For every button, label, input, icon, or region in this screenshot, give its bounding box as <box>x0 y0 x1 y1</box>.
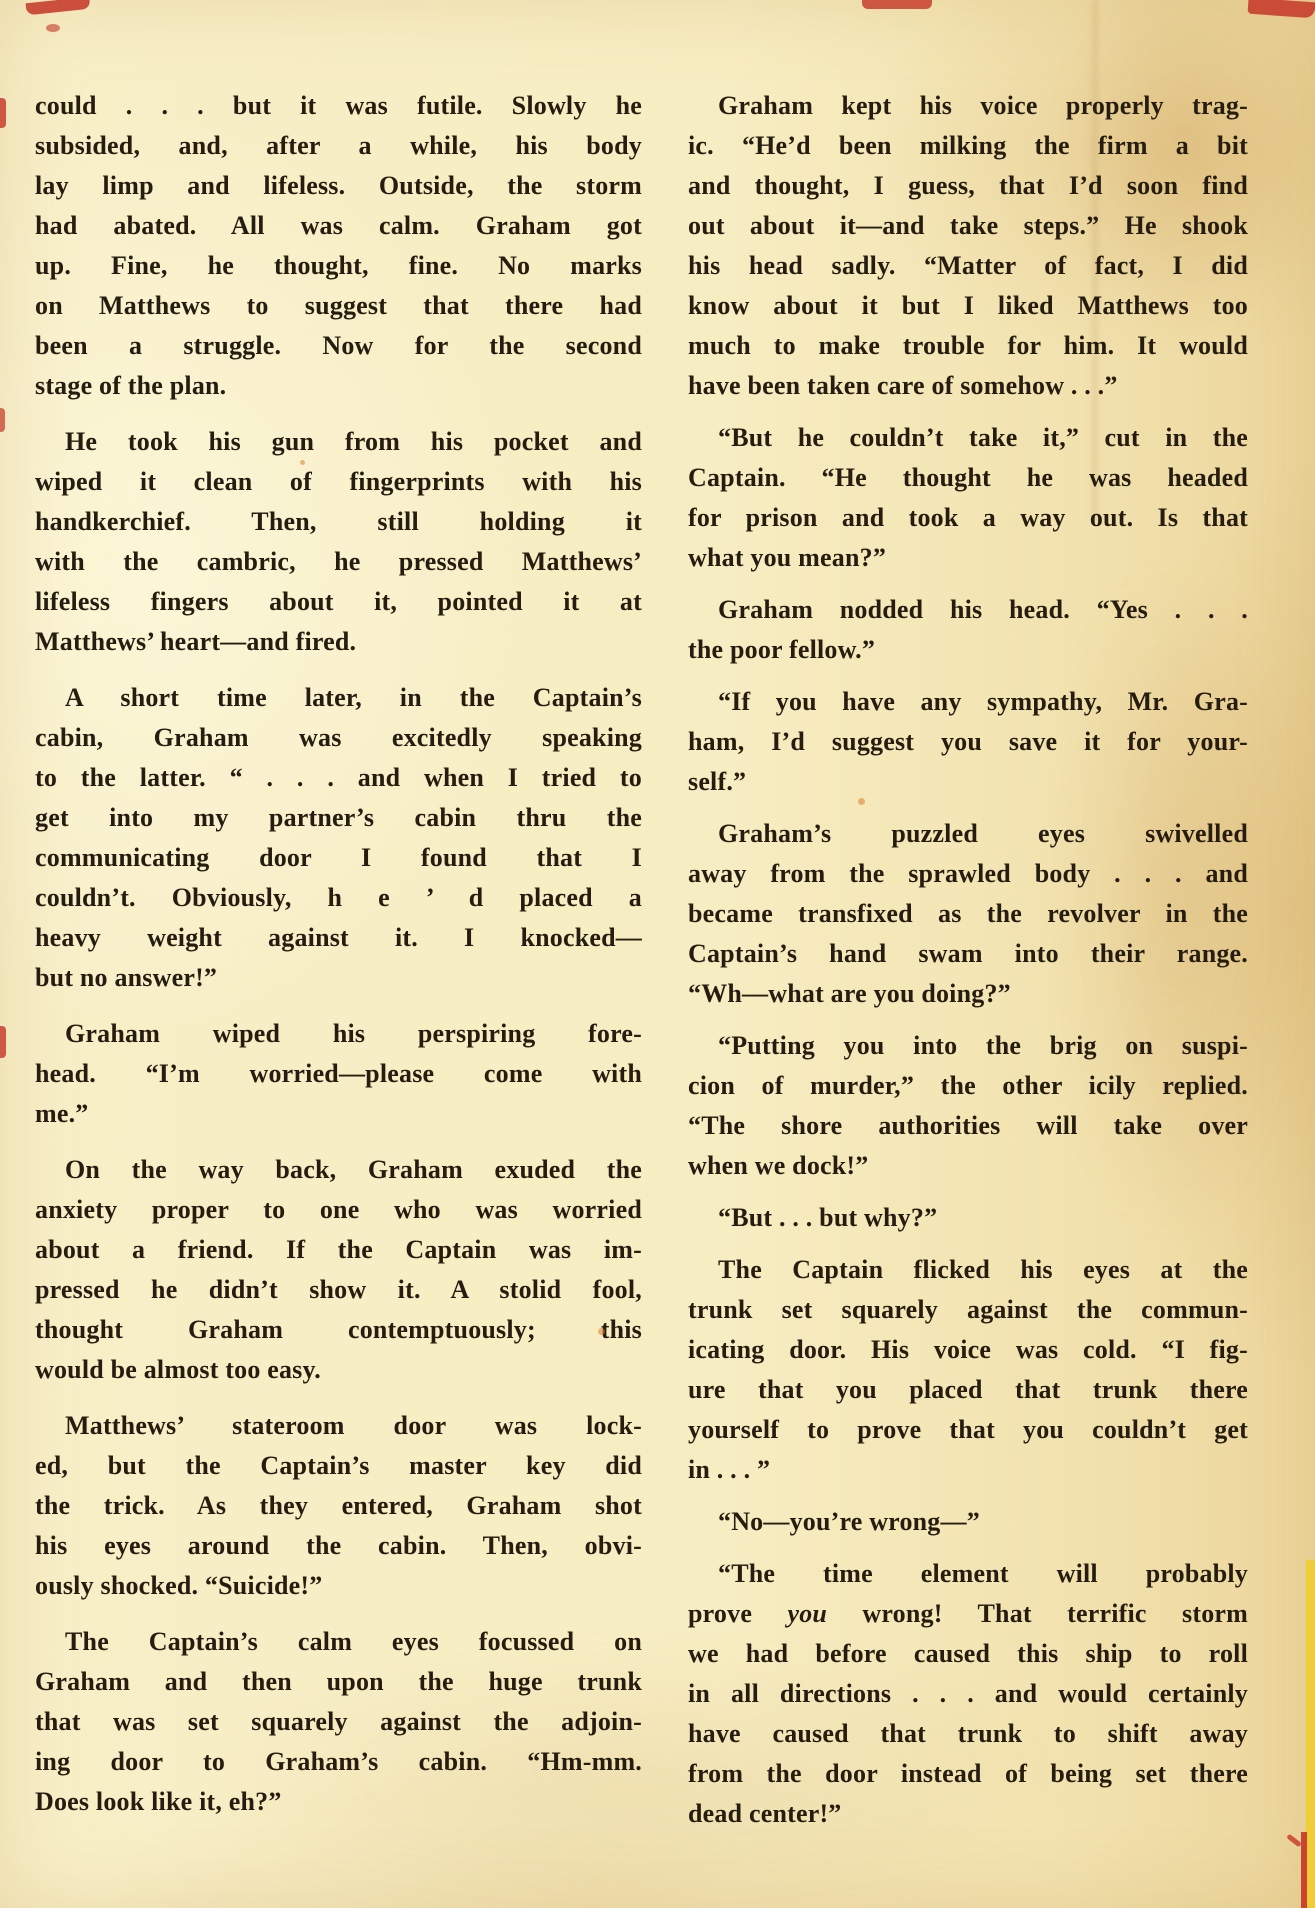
text-line: in all directions . . . and would certai… <box>688 1674 1248 1714</box>
paragraph: A short time later, in the Captain’scabi… <box>35 678 642 998</box>
text-line: self.” <box>688 762 1248 802</box>
text-line: became transfixed as the revolver in the <box>688 894 1248 934</box>
text-line: ously shocked. “Suicide!” <box>35 1566 642 1606</box>
text-line: and thought, I guess, that I’d soon find <box>688 166 1248 206</box>
text-line: out about it—and take steps.” He shook <box>688 206 1248 246</box>
text-line: been a struggle. Now for the second <box>35 326 642 366</box>
text-line: about a friend. If the Captain was im- <box>35 1230 642 1270</box>
red-ink-mark <box>26 0 91 15</box>
paragraph: “Putting you into the brig on suspi-cion… <box>688 1026 1248 1186</box>
text-line: to the latter. “ . . . and when I tried … <box>35 758 642 798</box>
paragraph: “But . . . but why?” <box>688 1198 1248 1238</box>
text-line: Graham nodded his head. “Yes . . . <box>688 590 1248 630</box>
text-line: the trick. As they entered, Graham shot <box>35 1486 642 1526</box>
text-line: prove you wrong! That terrific storm <box>688 1594 1248 1634</box>
text-line: have caused that trunk to shift away <box>688 1714 1248 1754</box>
text-line: anxiety proper to one who was worried <box>35 1190 642 1230</box>
text-line: had abated. All was calm. Graham got <box>35 206 642 246</box>
text-line: handkerchief. Then, still holding it <box>35 502 642 542</box>
red-ink-mark <box>862 0 932 9</box>
text-line: Graham wiped his perspiring fore- <box>35 1014 642 1054</box>
text-line: have been taken care of somehow . . .” <box>688 366 1248 406</box>
text-line: get into my partner’s cabin thru the <box>35 798 642 838</box>
text-line: ure that you placed that trunk there <box>688 1370 1248 1410</box>
text-line: but no answer!” <box>35 958 642 998</box>
yellow-edge-strip <box>1306 1560 1315 1908</box>
paragraph: Graham’s puzzled eyes swivelledaway from… <box>688 814 1248 1014</box>
paragraph: The Captain’s calm eyes focussed onGraha… <box>35 1622 642 1822</box>
text-line: on Matthews to suggest that there had <box>35 286 642 326</box>
paragraph: “But he couldn’t take it,” cut in theCap… <box>688 418 1248 578</box>
paragraph: Matthews’ stateroom door was lock-ed, bu… <box>35 1406 642 1606</box>
paragraph: “No—you’re wrong—” <box>688 1502 1248 1542</box>
text-line: Graham’s puzzled eyes swivelled <box>688 814 1248 854</box>
text-line: that was set squarely against the adjoin… <box>35 1702 642 1742</box>
paragraph: On the way back, Graham exuded theanxiet… <box>35 1150 642 1390</box>
text-line: me.” <box>35 1094 642 1134</box>
text-line: his eyes around the cabin. Then, obvi- <box>35 1526 642 1566</box>
red-ink-mark <box>46 24 60 32</box>
text-line: Does look like it, eh?” <box>35 1782 642 1822</box>
text-line: The Captain’s calm eyes focussed on <box>35 1622 642 1662</box>
scanned-page: could . . . but it was futile. Slowly he… <box>0 0 1315 1908</box>
text-line: Matthews’ stateroom door was lock- <box>35 1406 642 1446</box>
text-line: would be almost too easy. <box>35 1350 642 1390</box>
text-line: ic. “He’d been milking the firm a bit <box>688 126 1248 166</box>
text-line: the poor fellow.” <box>688 630 1248 670</box>
text-line: On the way back, Graham exuded the <box>35 1150 642 1190</box>
paragraph: “The time element will probablyprove you… <box>688 1554 1248 1834</box>
red-ink-mark <box>0 1026 6 1058</box>
paragraph: The Captain flicked his eyes at thetrunk… <box>688 1250 1248 1490</box>
text-line: know about it but I liked Matthews too <box>688 286 1248 326</box>
text-line: lay limp and lifeless. Outside, the stor… <box>35 166 642 206</box>
text-line: for prison and took a way out. Is that <box>688 498 1248 538</box>
text-line: “If you have any sympathy, Mr. Gra- <box>688 682 1248 722</box>
red-ink-mark <box>0 98 6 128</box>
text-line: “Wh—what are you doing?” <box>688 974 1248 1014</box>
text-line: “No—you’re wrong—” <box>688 1502 1248 1542</box>
text-columns: could . . . but it was futile. Slowly he… <box>35 86 1248 1834</box>
text-line: icating door. His voice was cold. “I fig… <box>688 1330 1248 1370</box>
text-line: yourself to prove that you couldn’t get <box>688 1410 1248 1450</box>
paragraph: He took his gun from his pocket andwiped… <box>35 422 642 662</box>
paragraph: Graham nodded his head. “Yes . . .the po… <box>688 590 1248 670</box>
text-line: cabin, Graham was excitedly speaking <box>35 718 642 758</box>
text-line: ing door to Graham’s cabin. “Hm-mm. <box>35 1742 642 1782</box>
text-line: wiped it clean of fingerprints with his <box>35 462 642 502</box>
text-line: A short time later, in the Captain’s <box>35 678 642 718</box>
text-line: Graham kept his voice properly trag- <box>688 86 1248 126</box>
text-line: thought Graham contemptuously; this <box>35 1310 642 1350</box>
text-line: what you mean?” <box>688 538 1248 578</box>
red-ink-mark <box>0 408 5 432</box>
text-line: “But . . . but why?” <box>688 1198 1248 1238</box>
red-ink-mark <box>1248 0 1315 18</box>
text-line: ed, but the Captain’s master key did <box>35 1446 642 1486</box>
text-line: dead center!” <box>688 1794 1248 1834</box>
text-column-right: Graham kept his voice properly trag-ic. … <box>688 86 1248 1834</box>
paragraph: could . . . but it was futile. Slowly he… <box>35 86 642 406</box>
paragraph: Graham kept his voice properly trag-ic. … <box>688 86 1248 406</box>
text-line: stage of the plan. <box>35 366 642 406</box>
text-line: subsided, and, after a while, his body <box>35 126 642 166</box>
text-line: Captain’s hand swam into their range. <box>688 934 1248 974</box>
text-line: could . . . but it was futile. Slowly he <box>35 86 642 126</box>
text-line: Graham and then upon the huge trunk <box>35 1662 642 1702</box>
text-line: with the cambric, he pressed Matthews’ <box>35 542 642 582</box>
text-line: The Captain flicked his eyes at the <box>688 1250 1248 1290</box>
text-line: He took his gun from his pocket and <box>35 422 642 462</box>
text-line: we had before caused this ship to roll <box>688 1634 1248 1674</box>
text-line: his head sadly. “Matter of fact, I did <box>688 246 1248 286</box>
text-line: head. “I’m worried—please come with <box>35 1054 642 1094</box>
paragraph: “If you have any sympathy, Mr. Gra-ham, … <box>688 682 1248 802</box>
text-line: lifeless fingers about it, pointed it at <box>35 582 642 622</box>
text-line: away from the sprawled body . . . and <box>688 854 1248 894</box>
text-line: “The time element will probably <box>688 1554 1248 1594</box>
red-ink-mark <box>1286 1834 1302 1848</box>
text-line: much to make trouble for him. It would <box>688 326 1248 366</box>
text-line: heavy weight against it. I knocked— <box>35 918 642 958</box>
text-line: “But he couldn’t take it,” cut in the <box>688 418 1248 458</box>
text-line: up. Fine, he thought, fine. No marks <box>35 246 642 286</box>
text-line: when we dock!” <box>688 1146 1248 1186</box>
text-line: Matthews’ heart—and fired. <box>35 622 642 662</box>
text-line: “The shore authorities will take over <box>688 1106 1248 1146</box>
text-line: communicating door I found that I <box>35 838 642 878</box>
text-line: from the door instead of being set there <box>688 1754 1248 1794</box>
text-line: couldn’t. Obviously, h e ’ d placed a <box>35 878 642 918</box>
text-line: in . . . ” <box>688 1450 1248 1490</box>
paragraph: Graham wiped his perspiring fore-head. “… <box>35 1014 642 1134</box>
text-line: Captain. “He thought he was headed <box>688 458 1248 498</box>
text-line: pressed he didn’t show it. A stolid fool… <box>35 1270 642 1310</box>
red-edge-line <box>1301 1832 1307 1908</box>
text-line: ham, I’d suggest you save it for your- <box>688 722 1248 762</box>
text-line: cion of murder,” the other icily replied… <box>688 1066 1248 1106</box>
text-line: “Putting you into the brig on suspi- <box>688 1026 1248 1066</box>
text-line: trunk set squarely against the commun- <box>688 1290 1248 1330</box>
text-column-left: could . . . but it was futile. Slowly he… <box>35 86 642 1834</box>
